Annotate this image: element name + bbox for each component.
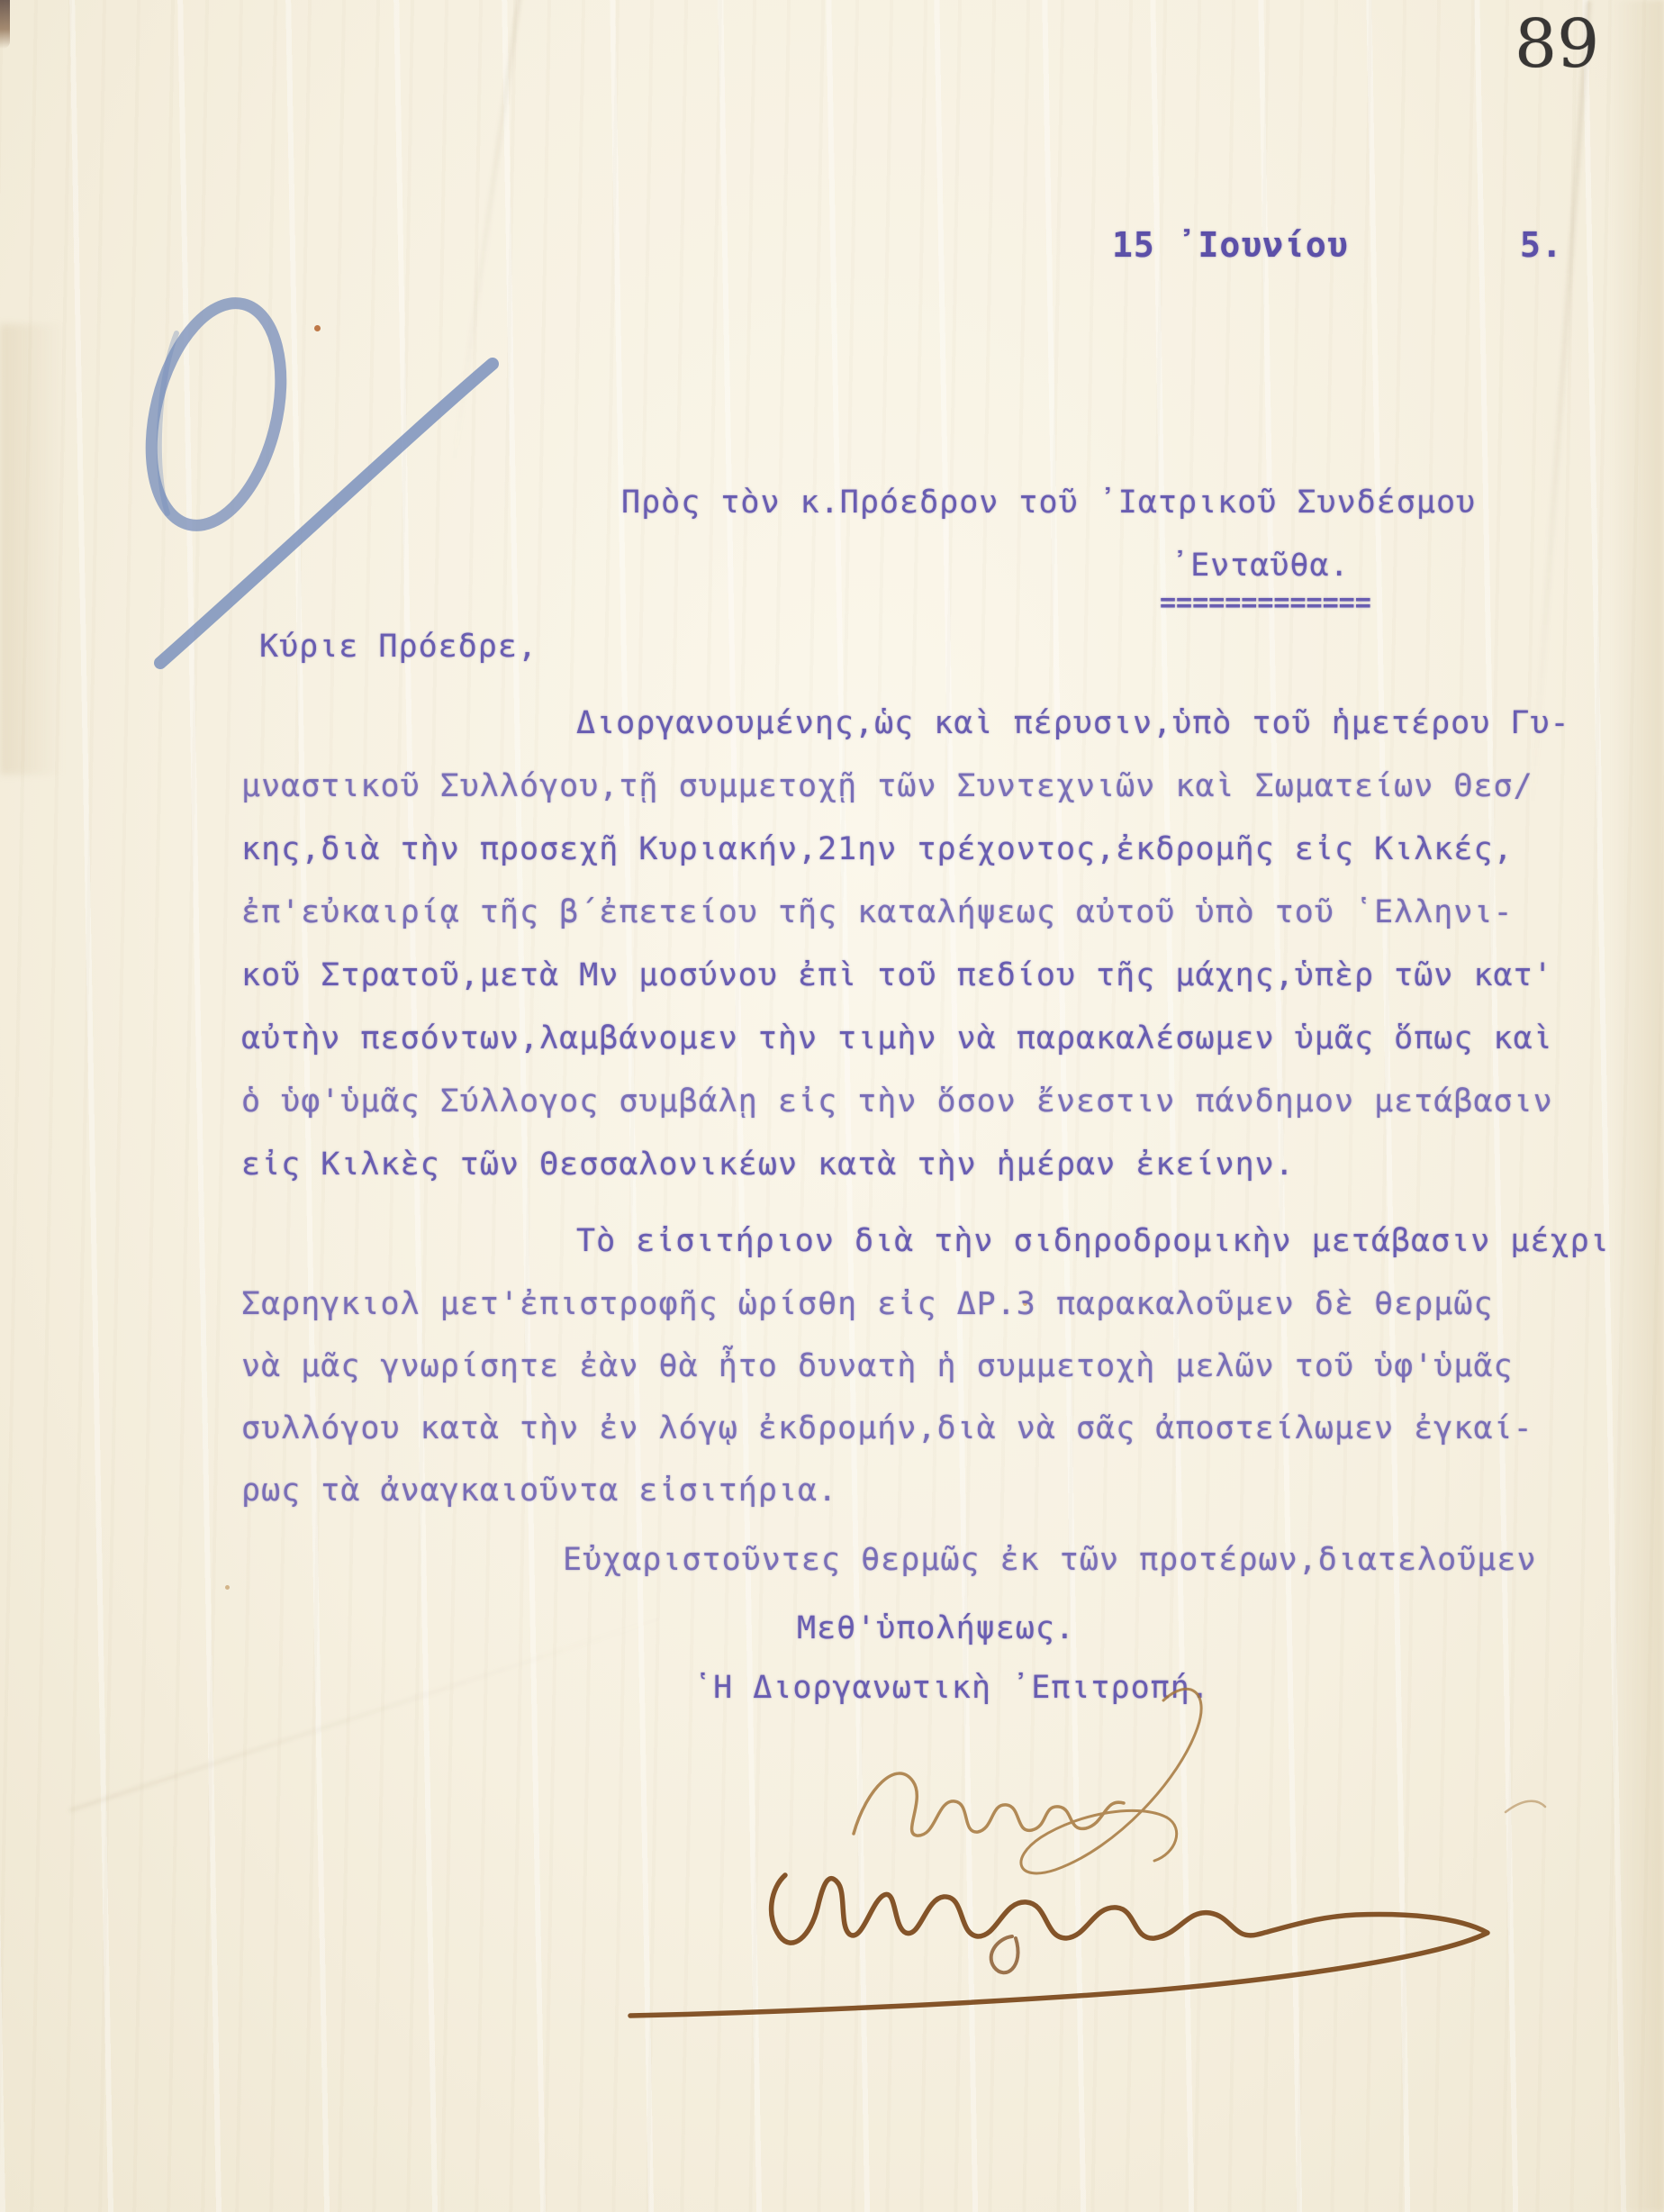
page-number: 89	[1515, 5, 1599, 83]
body1-line-3: κης,διὰ τὴν προσεχῆ Κυριακήν,21ην τρέχον…	[241, 831, 1514, 867]
body2-line-1: Τὸ εἰσιτήριον διὰ τὴν σιδηροδρομικὴν μετ…	[576, 1223, 1610, 1259]
body1-line-1: Διοργανουμένης,ὡς καὶ πέρυσιν,ὑπὸ τοῦ ἡμ…	[576, 705, 1570, 741]
body1-line-6: αὐτὴν πεσόντων,λαμβάνομεν τὴν τιμὴν νὰ π…	[241, 1020, 1553, 1056]
closing-line-2: Μεθ'ὑπολήψεως.	[797, 1610, 1075, 1646]
body1-line-4: ἐπ'εὐκαιρίᾳ τῆς β΄ἐπετείου τῆς καταλήψεω…	[241, 894, 1514, 930]
body2-line-4: συλλόγου κατὰ τὴν ἐν λόγῳ ἐκδρομήν,διὰ ν…	[241, 1410, 1533, 1446]
paper-speck	[225, 1585, 230, 1590]
body2-line-2: Σαρηγκιολ μετ'ἐπιστροφῆς ὡρίσθη εἰς ΔΡ.3…	[241, 1286, 1494, 1322]
closing-committee: ῾Η Διοργανωτικὴ ᾿Επιτροπή.	[693, 1670, 1210, 1706]
salutation: Κύριε Πρόεδρε,	[259, 629, 538, 665]
paper-crease	[1530, 1, 1592, 810]
body1-line-2: μναστικοῦ Συλλόγου,τῇ συμμετοχῇ τῶν Συντ…	[241, 768, 1533, 804]
body1-line-8: εἰς Κιλκὲς τῶν Θεσσαλονικέων κατὰ τὴν ἡμ…	[241, 1147, 1295, 1183]
paper-crease	[69, 1614, 670, 1812]
letter-page: { "page": { "number": "89" }, "letter": …	[0, 0, 1664, 2212]
paper-crease	[1612, 0, 1664, 2212]
recipient-line: Πρὸς τὸν κ.Πρόεδρον τοῦ ᾿Ιατρικοῦ Συνδέσ…	[621, 485, 1476, 521]
signature-1	[854, 1689, 1545, 1873]
body2-line-3: νὰ μᾶς γνωρίσητε ἐὰν θὰ ἦτο δυνατὴ ἡ συμ…	[241, 1348, 1514, 1384]
closing-line-1: Εὐχαριστοῦντες θερμῶς ἐκ τῶν προτέρων,δι…	[563, 1542, 1537, 1578]
paper-speck	[314, 325, 321, 331]
blue-pencil-mark	[131, 290, 493, 663]
body1-line-5: κοῦ Στρατοῦ,μετὰ Μν μοσύνου ἐπὶ τοῦ πεδί…	[241, 957, 1553, 993]
signature-2	[630, 1875, 1488, 2016]
body2-line-5: ρως τὰ ἀναγκαιοῦντα εἰσιτήρια.	[241, 1473, 837, 1509]
recipient-underline: =============	[1160, 587, 1371, 619]
date-number: 5.	[1520, 225, 1563, 265]
body1-line-7: ὁ ὑφ'ὑμᾶς Σύλλογος συμβάλῃ εἰς τὴν ὅσον …	[241, 1083, 1553, 1120]
paper-corner-damage	[0, 0, 10, 49]
date-day-month: 15 ᾿Ιουνίου	[1112, 225, 1349, 265]
paper-crease	[451, 0, 526, 467]
recipient-place: ᾿Ενταῦθα.	[1171, 548, 1350, 584]
paper-crease	[0, 324, 63, 775]
